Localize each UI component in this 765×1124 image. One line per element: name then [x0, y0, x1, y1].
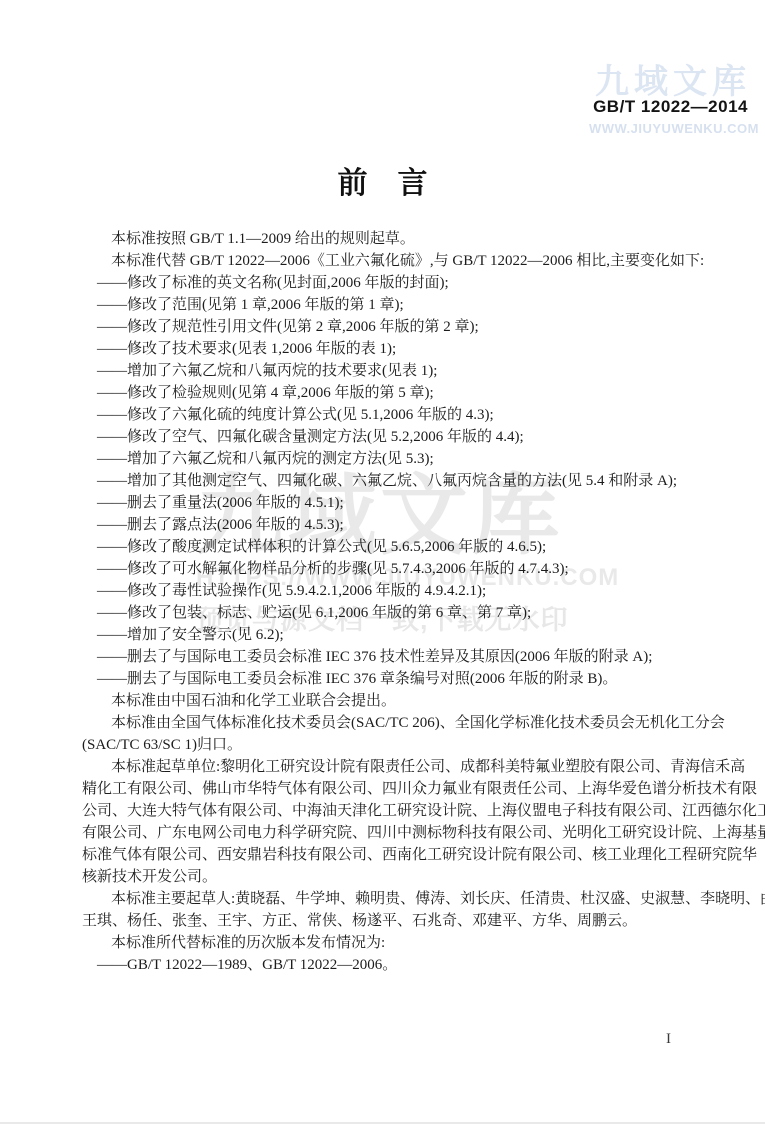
- foreword-line: ——修改了标准的英文名称(见封面,2006 年版的封面);: [82, 272, 706, 294]
- foreword-line: 标准气体有限公司、西安鼎岩科技有限公司、西南化工研究设计院有限公司、核工业理化工…: [82, 844, 706, 866]
- foreword-line: (SAC/TC 63/SC 1)归口。: [82, 734, 706, 756]
- foreword-line: 本标准由中国石油和化学工业联合会提出。: [82, 690, 706, 712]
- foreword-line: ——修改了包装、标志、贮运(见 6.1,2006 年版的第 6 章、第 7 章)…: [82, 602, 706, 624]
- foreword-line: 精化工有限公司、佛山市华特气体有限公司、四川众力氟业有限责任公司、上海华爱色谱分…: [82, 778, 706, 800]
- foreword-line: ——修改了技术要求(见表 1,2006 年版的表 1);: [82, 338, 706, 360]
- page-title: 前 言: [0, 158, 765, 202]
- watermark-top-url: WWW.JIUYUWENKU.COM: [589, 121, 759, 136]
- foreword-line: ——修改了检验规则(见第 4 章,2006 年版的第 5 章);: [82, 382, 706, 404]
- foreword-line: ——删去了重量法(2006 年版的 4.5.1);: [82, 492, 706, 514]
- foreword-line: 核新技术开发公司。: [82, 866, 706, 888]
- foreword-line: ——删去了露点法(2006 年版的 4.5.3);: [82, 514, 706, 536]
- foreword-line: 有限公司、广东电网公司电力科学研究院、四川中测标物科技有限公司、光明化工研究设计…: [82, 822, 706, 844]
- foreword-line: ——修改了六氟化硫的纯度计算公式(见 5.1,2006 年版的 4.3);: [82, 404, 706, 426]
- page-number: I: [666, 1031, 671, 1048]
- watermark-top-brand: 九域文库: [595, 54, 751, 103]
- document-page: 九域文库 WWW.JIUYUWENKU.COM 九域文库 HTTPS://WWW…: [0, 0, 765, 1124]
- foreword-line: 公司、大连大特气体有限公司、中海油天津化工研究设计院、上海仪盟电子科技有限公司、…: [82, 800, 706, 822]
- foreword-line: ——删去了与国际电工委员会标准 IEC 376 章条编号对照(2006 年版的附…: [82, 668, 706, 690]
- foreword-body: 本标准按照 GB/T 1.1—2009 给出的规则起草。本标准代替 GB/T 1…: [82, 228, 706, 976]
- foreword-line: ——修改了规范性引用文件(见第 2 章,2006 年版的第 2 章);: [82, 316, 706, 338]
- foreword-line: ——GB/T 12022—1989、GB/T 12022—2006。: [82, 954, 706, 976]
- foreword-line: 本标准代替 GB/T 12022—2006《工业六氟化硫》,与 GB/T 120…: [82, 250, 706, 272]
- standard-code: GB/T 12022—2014: [593, 97, 748, 117]
- foreword-line: ——增加了安全警示(见 6.2);: [82, 624, 706, 646]
- foreword-line: ——修改了范围(见第 1 章,2006 年版的第 1 章);: [82, 294, 706, 316]
- foreword-line: ——删去了与国际电工委员会标准 IEC 376 技术性差异及其原因(2006 年…: [82, 646, 706, 668]
- foreword-line: 本标准主要起草人:黄晓磊、牛学坤、赖明贵、傅涛、刘长庆、任清贵、杜汉盛、史淑慧、…: [82, 888, 706, 910]
- foreword-line: ——增加了六氟乙烷和八氟丙烷的技术要求(见表 1);: [82, 360, 706, 382]
- foreword-line: ——修改了酸度测定试样体积的计算公式(见 5.6.5,2006 年版的 4.6.…: [82, 536, 706, 558]
- foreword-line: ——增加了六氟乙烷和八氟丙烷的测定方法(见 5.3);: [82, 448, 706, 470]
- foreword-line: ——修改了空气、四氟化碳含量测定方法(见 5.2,2006 年版的 4.4);: [82, 426, 706, 448]
- foreword-line: ——增加了其他测定空气、四氟化碳、六氟乙烷、八氟丙烷含量的方法(见 5.4 和附…: [82, 470, 706, 492]
- foreword-line: ——修改了毒性试验操作(见 5.9.4.2.1,2006 年版的 4.9.4.2…: [82, 580, 706, 602]
- foreword-line: 本标准按照 GB/T 1.1—2009 给出的规则起草。: [82, 228, 706, 250]
- foreword-line: 本标准起草单位:黎明化工研究设计院有限责任公司、成都科美特氟业塑胶有限公司、青海…: [82, 756, 706, 778]
- foreword-line: 王琪、杨任、张奎、王宇、方正、常侠、杨遂平、石兆奇、邓建平、方华、周鹏云。: [82, 910, 706, 932]
- foreword-line: ——修改了可水解氟化物样品分析的步骤(见 5.7.4.3,2006 年版的 4.…: [82, 558, 706, 580]
- foreword-line: 本标准所代替标准的历次版本发布情况为:: [82, 932, 706, 954]
- foreword-line: 本标准由全国气体标准化技术委员会(SAC/TC 206)、全国化学标准化技术委员…: [82, 712, 706, 734]
